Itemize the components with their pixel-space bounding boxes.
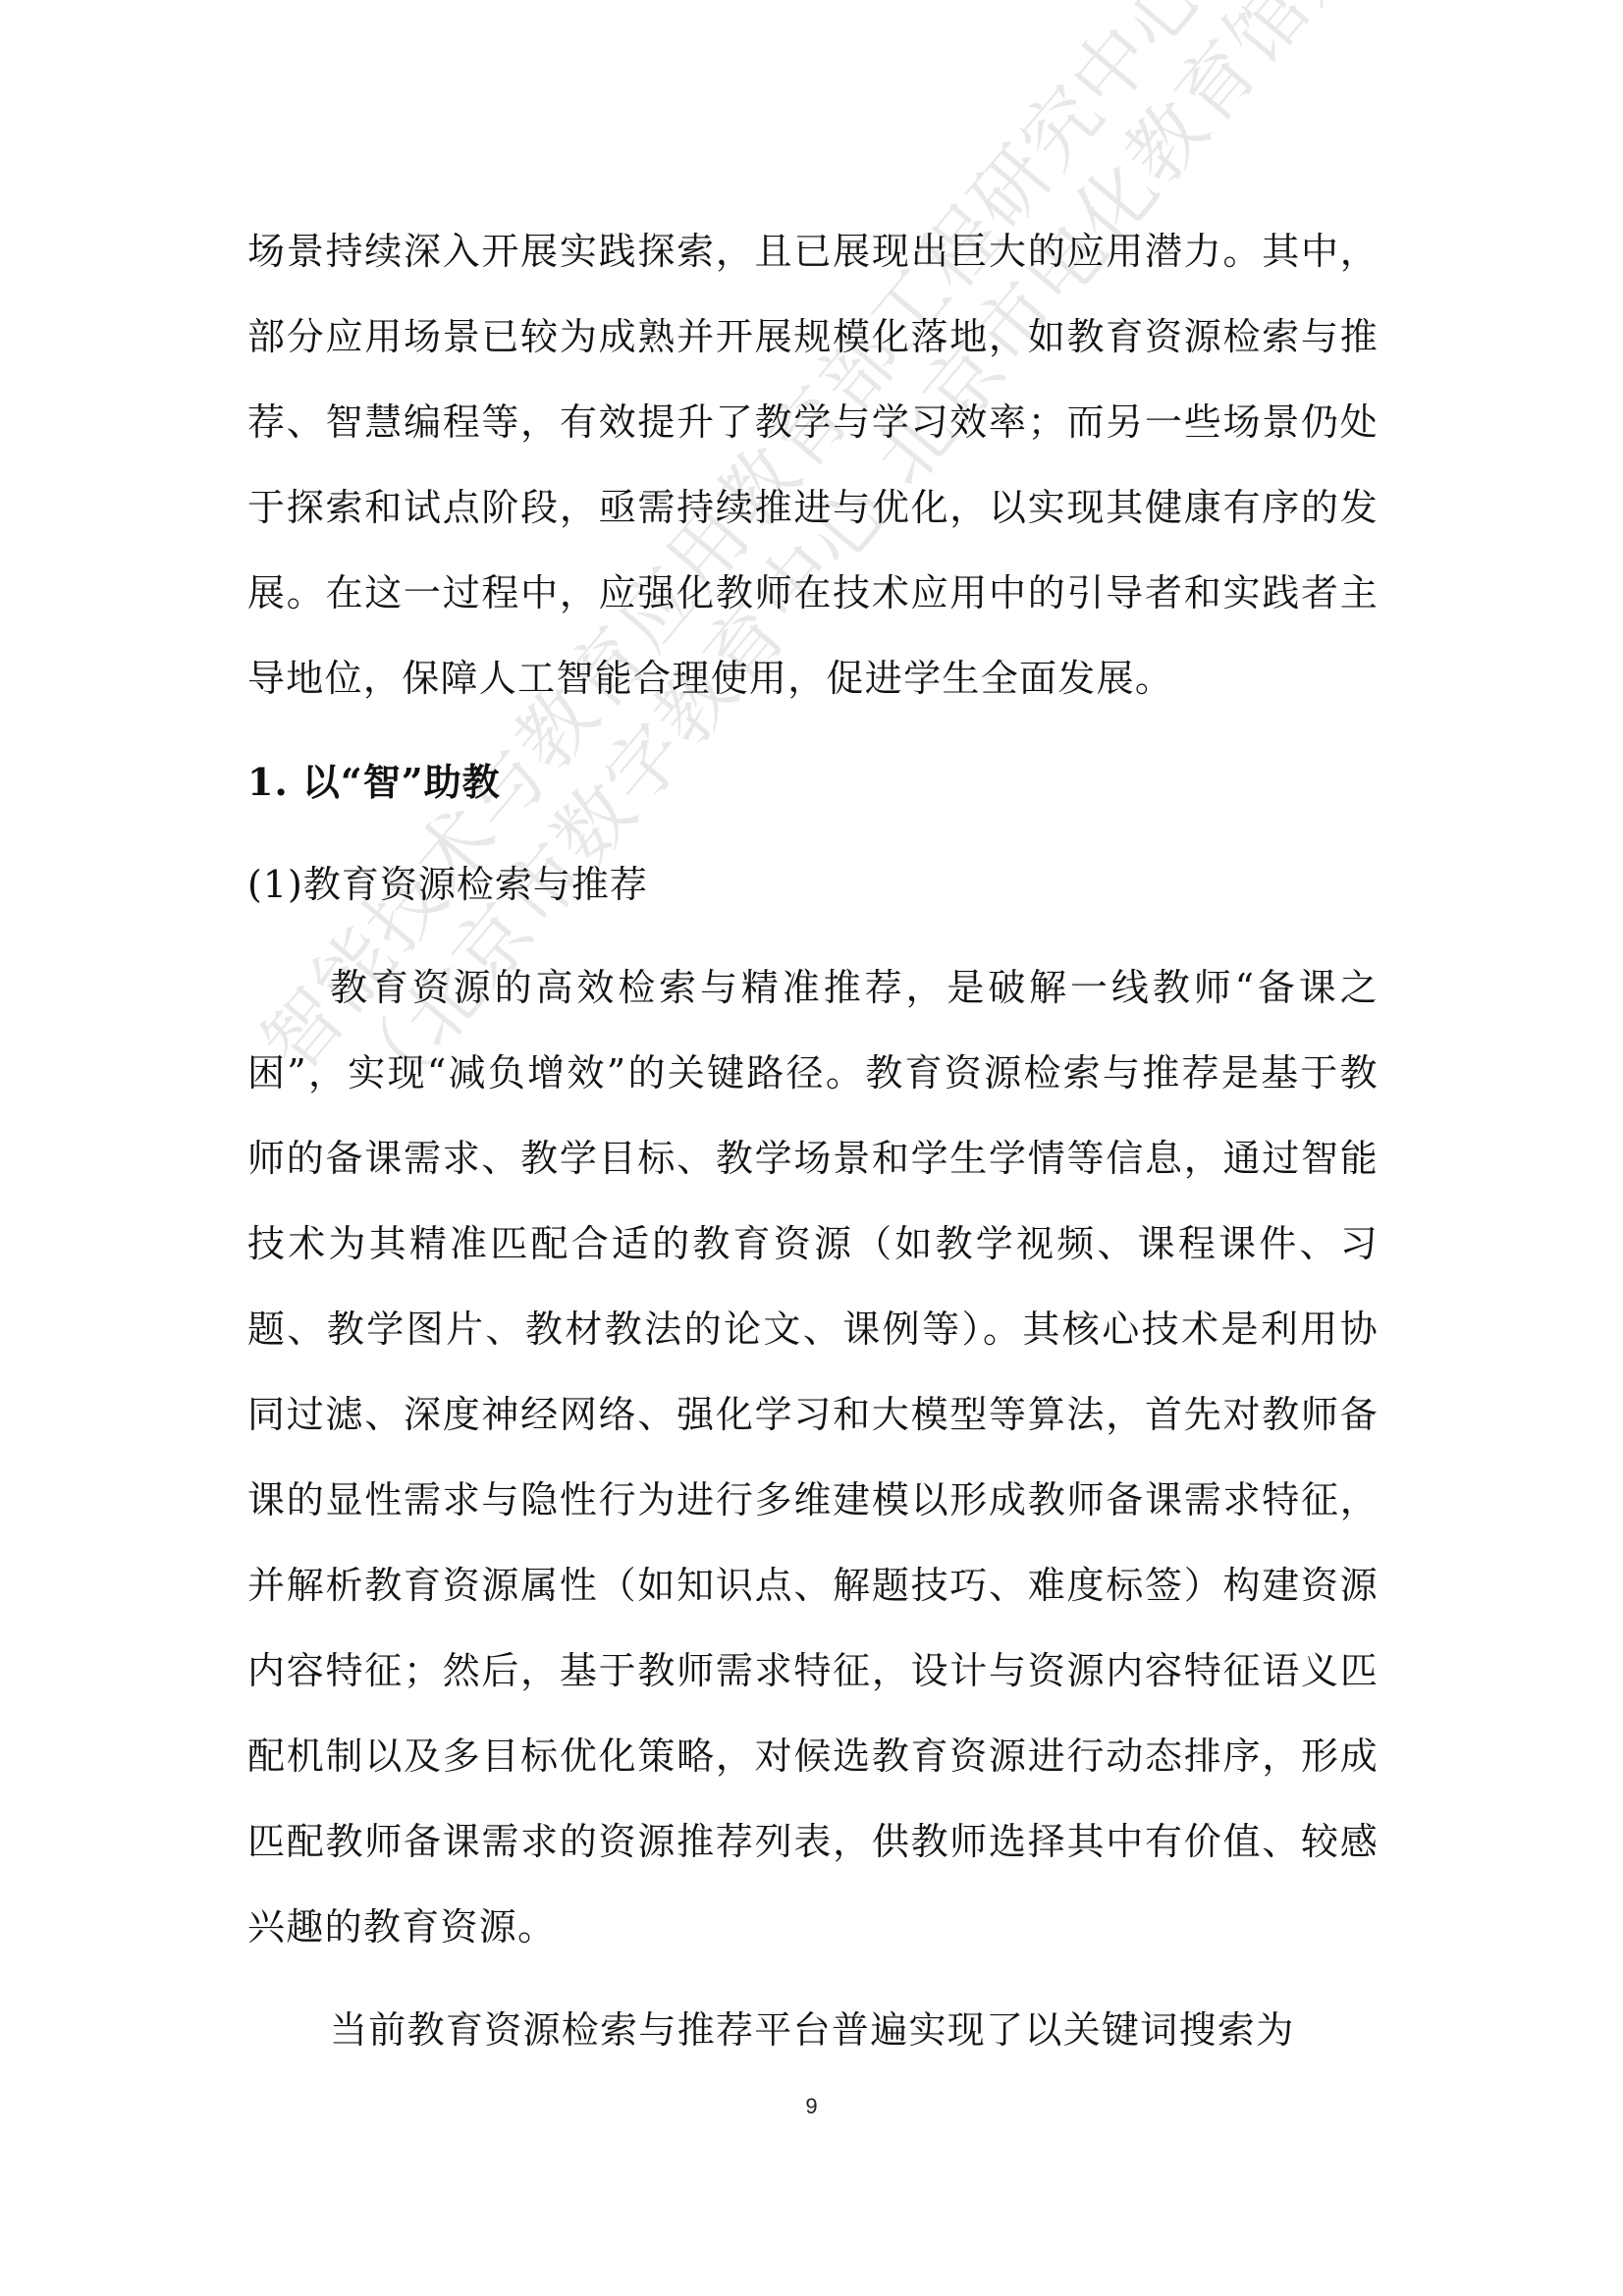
body-paragraph-1: 教育资源的高效检索与精准推荐，是破解一线教师“备课之困”，实现“减负增效”的关键… bbox=[247, 945, 1379, 1970]
document-body: 场景持续深入开展实践探索，且已展现出巨大的应用潜力。其中，部分应用场景已较为成熟… bbox=[247, 0, 1379, 2073]
section-heading: 1. 以“智”助教 bbox=[247, 739, 1379, 825]
document-page: 智能技术与教育应用教育部工程研究中心 （北京市数字教育中心 北京市电化教育馆） … bbox=[0, 0, 1623, 2296]
body-paragraph-2: 当前教育资源检索与推荐平台普遍实现了以关键词搜索为 bbox=[247, 1988, 1379, 2073]
subsection-heading: (1)教育资源检索与推荐 bbox=[247, 842, 1379, 928]
intro-paragraph: 场景持续深入开展实践探索，且已展现出巨大的应用潜力。其中，部分应用场景已较为成熟… bbox=[247, 209, 1379, 721]
page-number: 9 bbox=[0, 2094, 1623, 2119]
